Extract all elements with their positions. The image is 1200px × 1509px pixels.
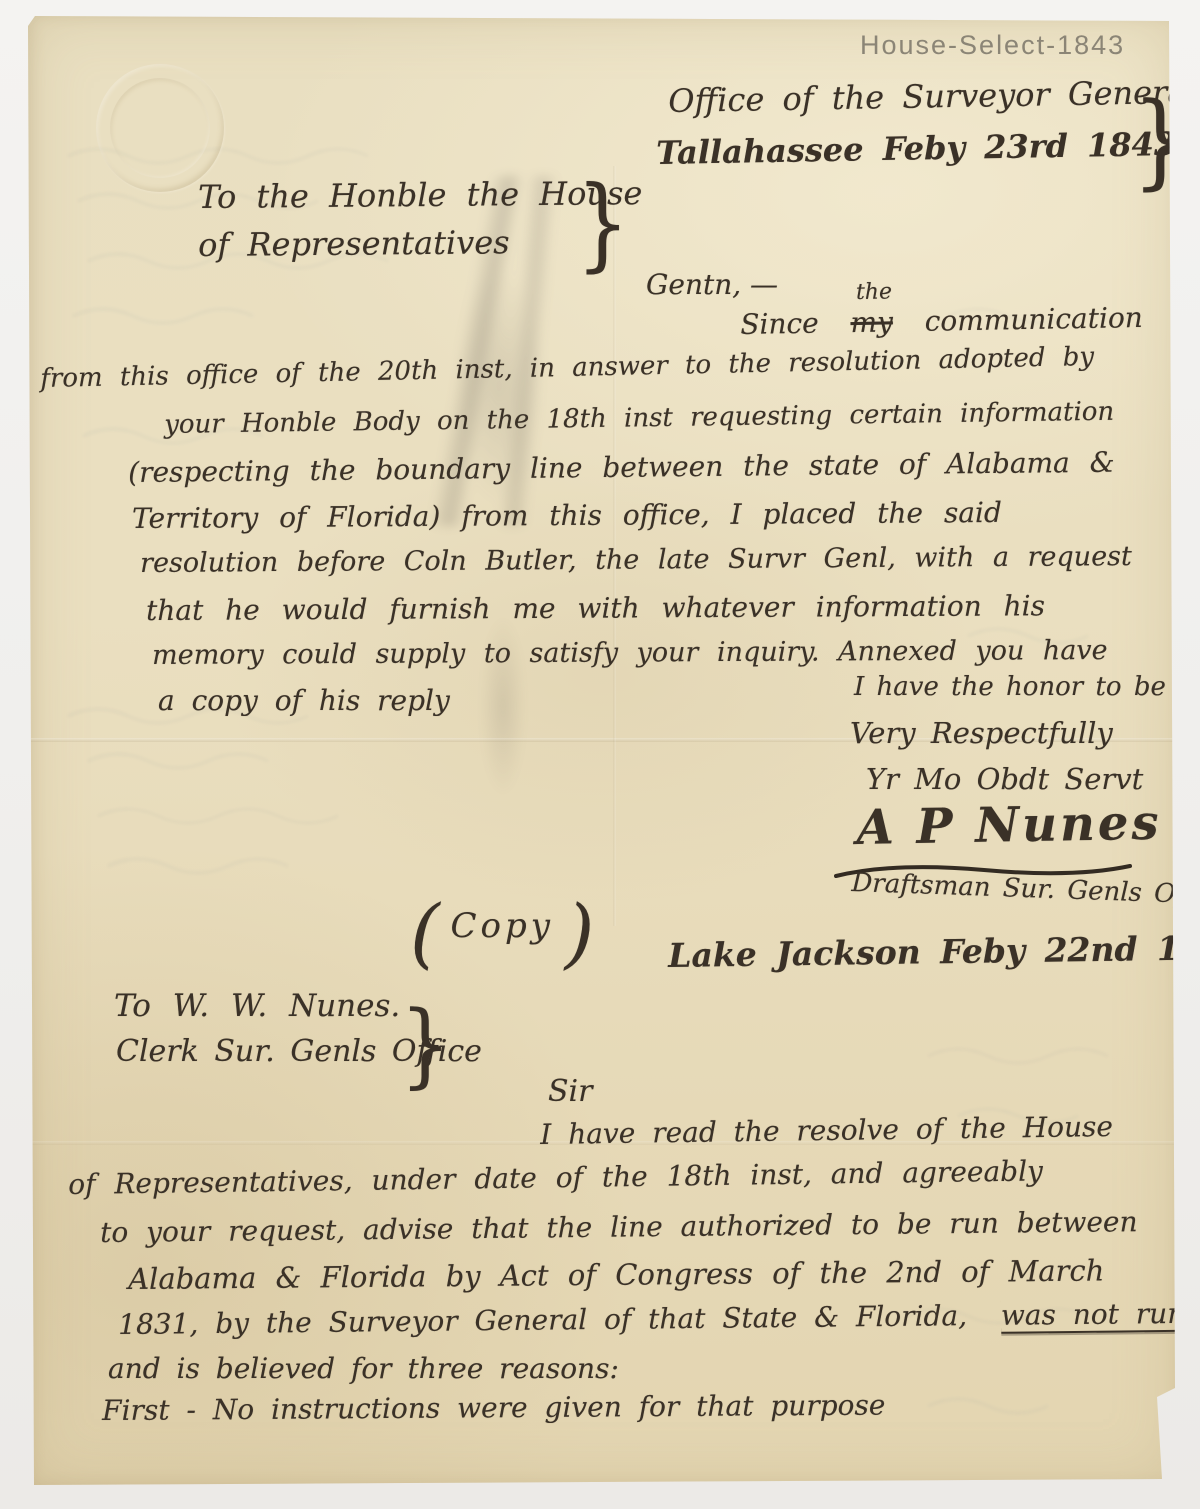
opening-pre: Since [740, 307, 819, 341]
archival-annotation: House-Select-1843 [860, 30, 1125, 61]
copy-label: ( Copy ) [410, 888, 594, 977]
letter1-closing-line1: I have the honor to be [854, 672, 1166, 702]
letter2-addressee-line1: To W. W. Nunes. [114, 988, 400, 1024]
letter1-addressee-line2: of Representatives [198, 223, 510, 264]
letter1-body-line4: Territory of Florida) from this office, … [132, 496, 1002, 535]
letter2-body-line7: First - No instructions were given for t… [102, 1389, 885, 1427]
inserted-word: the [856, 279, 892, 305]
letter1-body-line8: a copy of his reply [158, 684, 450, 717]
copy-paren-close: ) [565, 888, 595, 977]
letter-paper: House-Select-1843 Office of the Surveyor… [28, 16, 1175, 1485]
signature: A P Nunes [856, 795, 1162, 856]
copy-word: Copy [450, 906, 553, 946]
letter1-body-line7: memory could supply to satisfy your inqu… [152, 635, 1108, 671]
opening-post: communication [924, 301, 1143, 338]
underlined-phrase: was not run [1001, 1297, 1186, 1334]
letter1-body-line6: that he would furnish me with whatever i… [146, 589, 1045, 627]
letter1-closing-line2: Very Respectfully [850, 716, 1113, 750]
letter2-body-line6: and is believed for three reasons: [108, 1352, 619, 1385]
letter1-salutation: Gentn, — [646, 268, 778, 301]
letter2-dateline: Lake Jackson Feby 22nd 1843. [668, 928, 1200, 975]
addressee-brace: } [576, 164, 629, 282]
heading-brace: } [1132, 80, 1189, 201]
scanned-letter-page: { "annotation": "House-Select-1843", "gl… [0, 0, 1200, 1509]
letter1-closing-line3: Yr Mo Obdt Servt [866, 762, 1143, 796]
copy-paren-open: ( [410, 888, 440, 977]
letter2-addressee-brace: } [400, 991, 451, 1098]
struck-word: my [850, 305, 893, 339]
embossed-seal [96, 64, 224, 192]
letter1-opening-line: Since the my communication [740, 301, 1143, 341]
letter2-salutation: Sir [548, 1074, 593, 1109]
opening-correction: the my [850, 305, 893, 339]
